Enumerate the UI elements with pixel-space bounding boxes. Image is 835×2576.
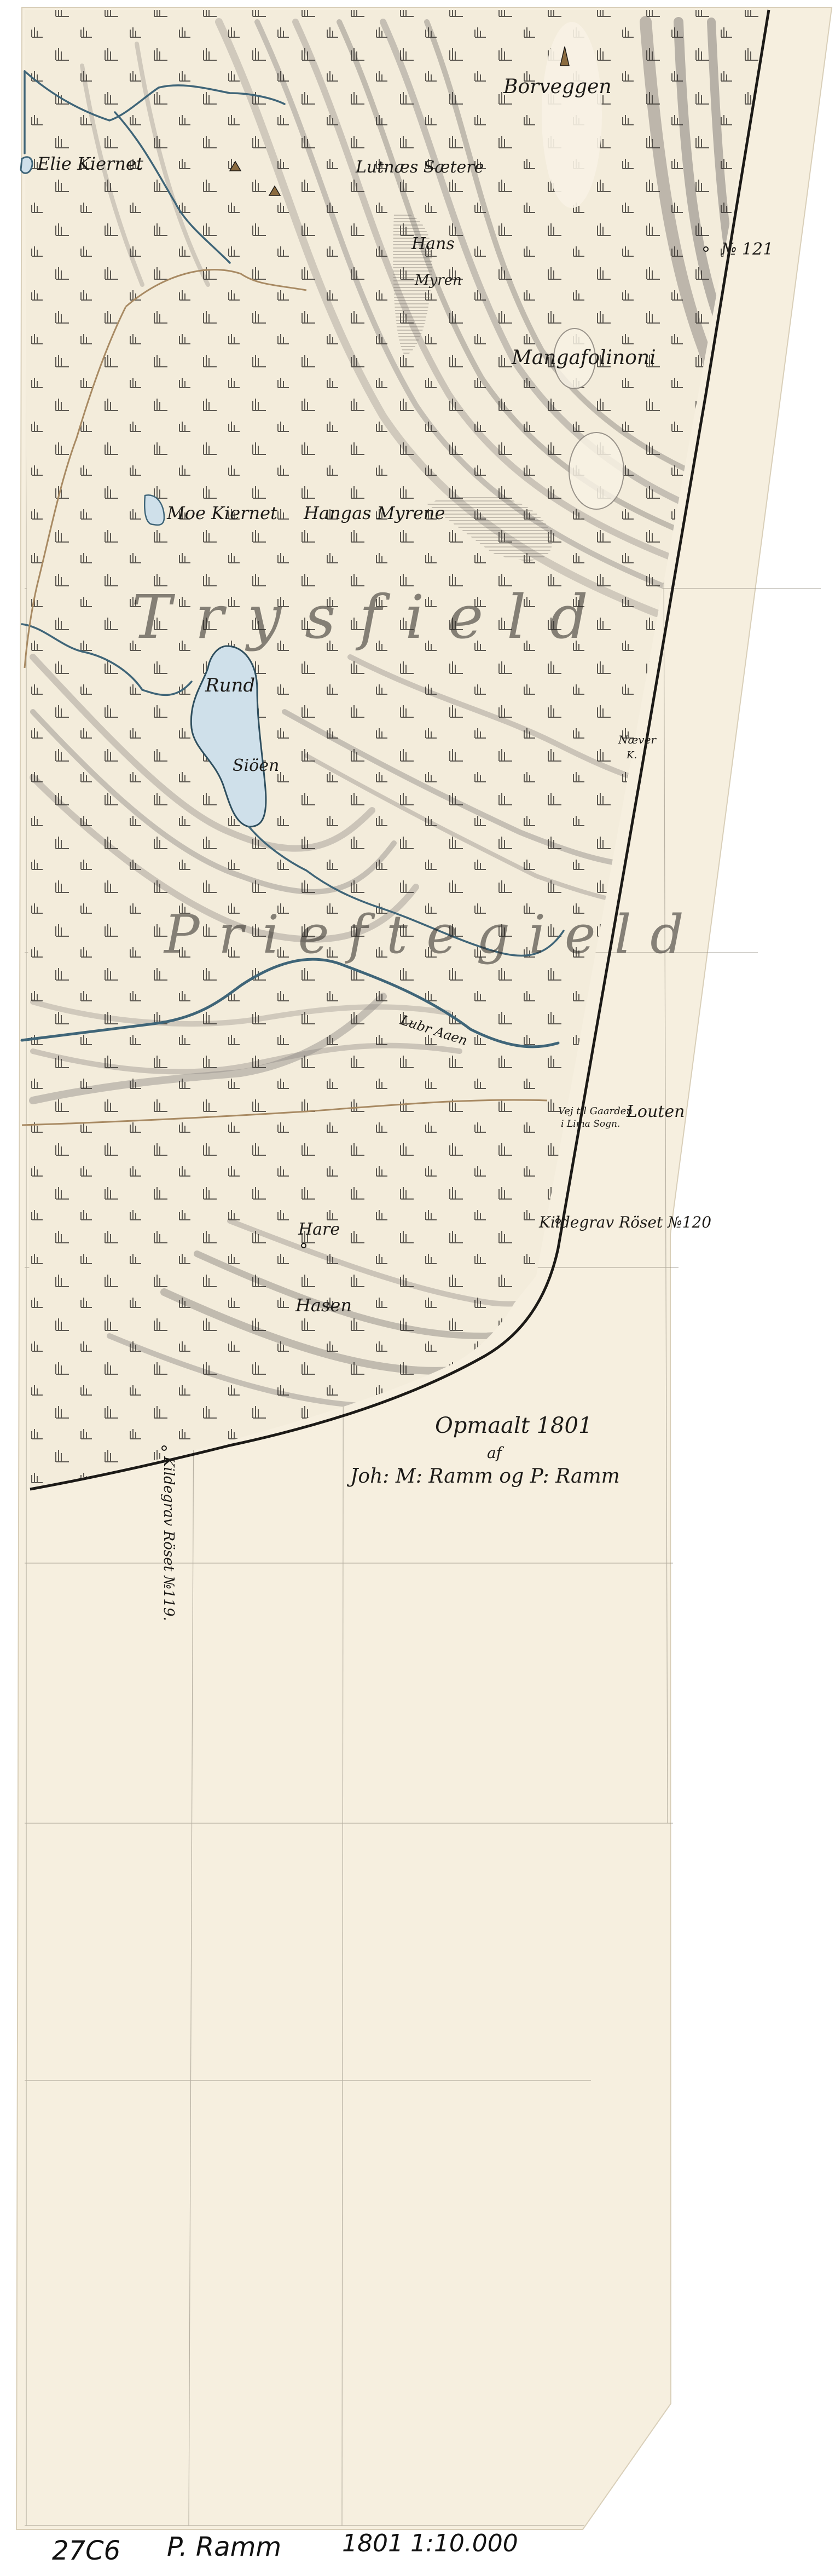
lake-elie-kiernet: [21, 157, 32, 174]
label-mangasfolinoni: Mangafolinoni: [511, 347, 656, 369]
label-prestegield: P r i e f t e g i e l d: [163, 904, 685, 965]
label-trysfield: T r y s f i e l d: [131, 582, 590, 652]
label-rund-line1: Rund: [205, 675, 255, 696]
historical-map: Elie Kiernet Lutnæs Sætere Borveggen № 1…: [0, 0, 835, 2576]
credit-surveyors: Joh: M: Ramm og P: Ramm: [346, 1465, 620, 1488]
label-roset-121: № 121: [720, 240, 773, 259]
label-vej-line1: Vej til Gaarden: [558, 1105, 633, 1117]
label-hans-myren-line2: Myren: [414, 272, 462, 289]
label-elie-kiernet: Elie Kiernet: [37, 153, 143, 174]
credit-af: af: [487, 1444, 505, 1462]
label-rund-line2: Siöen: [233, 756, 279, 775]
label-moe-kiernet: Moe Kiernet: [166, 503, 277, 523]
label-roset-119: Kildegrav Röset №119.: [160, 1456, 177, 1621]
label-roset-120: Kildegrav Röset №120: [538, 1213, 711, 1231]
label-vej-louten: Louten: [626, 1102, 685, 1121]
label-hare-line1: Hare: [298, 1220, 340, 1239]
label-naever-line1: Næver: [618, 733, 657, 746]
catalog-year: 1801: [342, 2529, 403, 2557]
catalog-scale: 1:10.000: [410, 2529, 518, 2557]
catalog-annotation: 27C6 P. Ramm 1801 1:10.000: [52, 2529, 518, 2566]
label-naever-line2: K.: [626, 750, 637, 761]
credit-surveyed: Opmaalt 1801: [435, 1413, 592, 1438]
catalog-author: P. Ramm: [167, 2532, 281, 2562]
label-hangas-myrene: Hangas Myrene: [303, 503, 445, 523]
catalog-sheet-id: 27C6: [52, 2535, 120, 2566]
label-hare-line2: Hasen: [295, 1295, 352, 1316]
label-hans-myren-line1: Hans: [411, 234, 455, 253]
label-borveggen: Borveggen: [503, 76, 612, 98]
label-vej-line3: i Lima Sogn.: [561, 1119, 620, 1129]
label-lutnaes-saetere: Lutnæs Sætere: [355, 158, 484, 177]
